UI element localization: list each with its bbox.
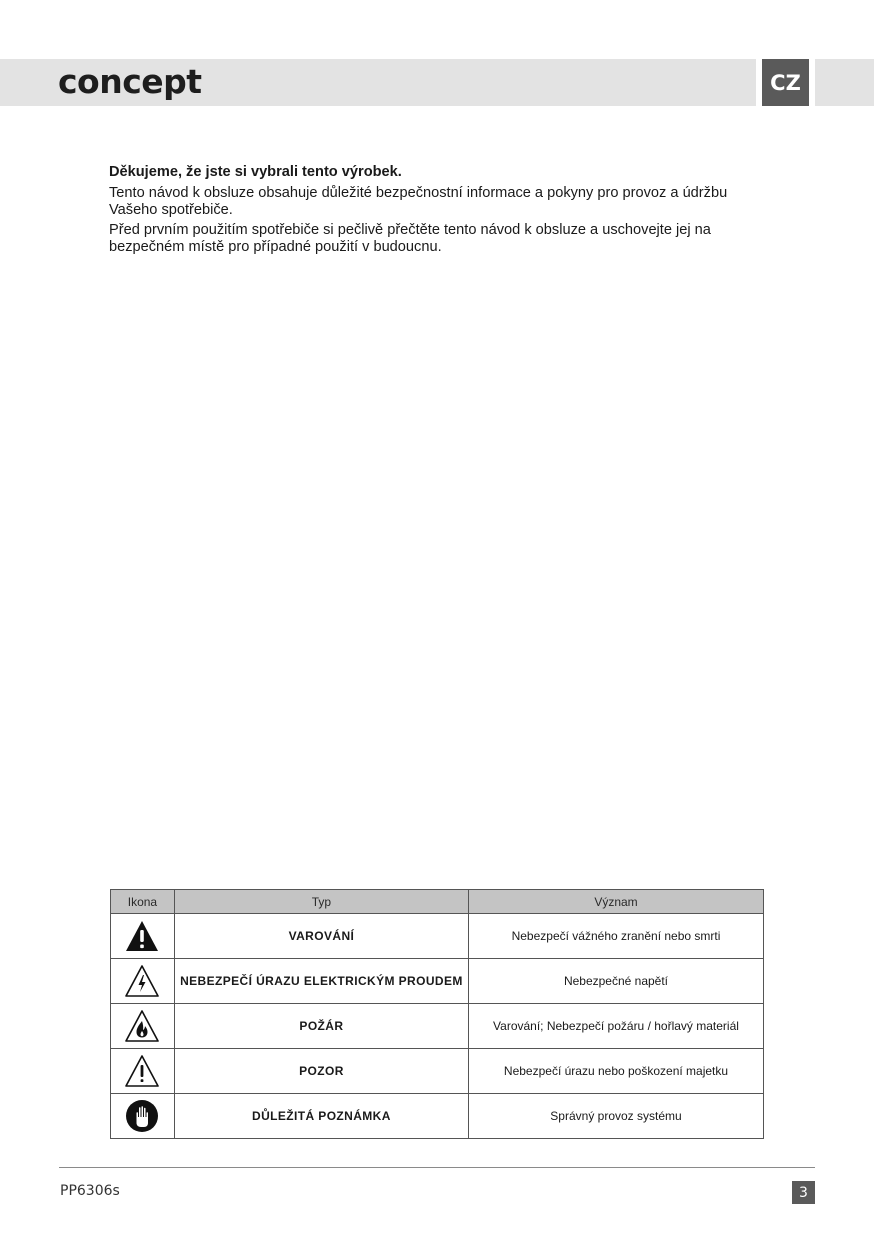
intro-section: Děkujeme, že jste si vybrali tento výrob… xyxy=(109,164,769,259)
icon-cell xyxy=(111,914,175,959)
icon-cell xyxy=(111,959,175,1004)
column-header-type: Typ xyxy=(174,890,468,914)
fire-icon xyxy=(124,1008,160,1044)
caution-outline-icon xyxy=(124,1053,160,1089)
type-cell: DŮLEŽITÁ POZNÁMKA xyxy=(174,1094,468,1139)
icon-cell xyxy=(111,1094,175,1139)
intro-paragraph-1: Tento návod k obsluze obsahuje důležité … xyxy=(109,185,769,219)
meaning-cell: Správný provoz systému xyxy=(468,1094,763,1139)
brand-logo: concept xyxy=(58,64,202,100)
intro-heading: Děkujeme, že jste si vybrali tento výrob… xyxy=(109,164,769,181)
type-cell: NEBEZPEČÍ ÚRAZU ELEKTRICKÝM PROUDEM xyxy=(174,959,468,1004)
meaning-cell: Nebezpečí vážného zranění nebo smrti xyxy=(468,914,763,959)
icon-cell xyxy=(111,1049,175,1094)
icon-cell xyxy=(111,1004,175,1049)
page-number: 3 xyxy=(792,1181,815,1204)
table-row: NEBEZPEČÍ ÚRAZU ELEKTRICKÝM PROUDEM Nebe… xyxy=(111,959,764,1004)
column-header-icon: Ikona xyxy=(111,890,175,914)
meaning-cell: Nebezpečné napětí xyxy=(468,959,763,1004)
safety-symbols-table: Ikona Typ Význam VAROVÁNÍ Nebezpečí vážn… xyxy=(110,889,764,1139)
meaning-cell: Varování; Nebezpečí požáru / hořlavý mat… xyxy=(468,1004,763,1049)
table-row: VAROVÁNÍ Nebezpečí vážného zranění nebo … xyxy=(111,914,764,959)
table-row: POZOR Nebezpečí úrazu nebo poškození maj… xyxy=(111,1049,764,1094)
table-row: DŮLEŽITÁ POZNÁMKA Správný provoz systému xyxy=(111,1094,764,1139)
table-header-row: Ikona Typ Význam xyxy=(111,890,764,914)
language-badge: CZ xyxy=(762,59,809,106)
type-cell: POZOR xyxy=(174,1049,468,1094)
warning-filled-icon xyxy=(124,918,160,954)
column-header-meaning: Význam xyxy=(468,890,763,914)
model-number: PP6306s xyxy=(60,1183,120,1199)
header-band-right xyxy=(815,59,874,106)
type-cell: VAROVÁNÍ xyxy=(174,914,468,959)
meaning-cell: Nebezpečí úrazu nebo poškození majetku xyxy=(468,1049,763,1094)
hand-stop-icon xyxy=(124,1098,160,1134)
intro-paragraph-2: Před prvním použitím spotřebiče si pečli… xyxy=(109,222,769,256)
footer-divider xyxy=(59,1167,815,1168)
table-row: POŽÁR Varování; Nebezpečí požáru / hořla… xyxy=(111,1004,764,1049)
electric-shock-icon xyxy=(124,963,160,999)
type-cell: POŽÁR xyxy=(174,1004,468,1049)
